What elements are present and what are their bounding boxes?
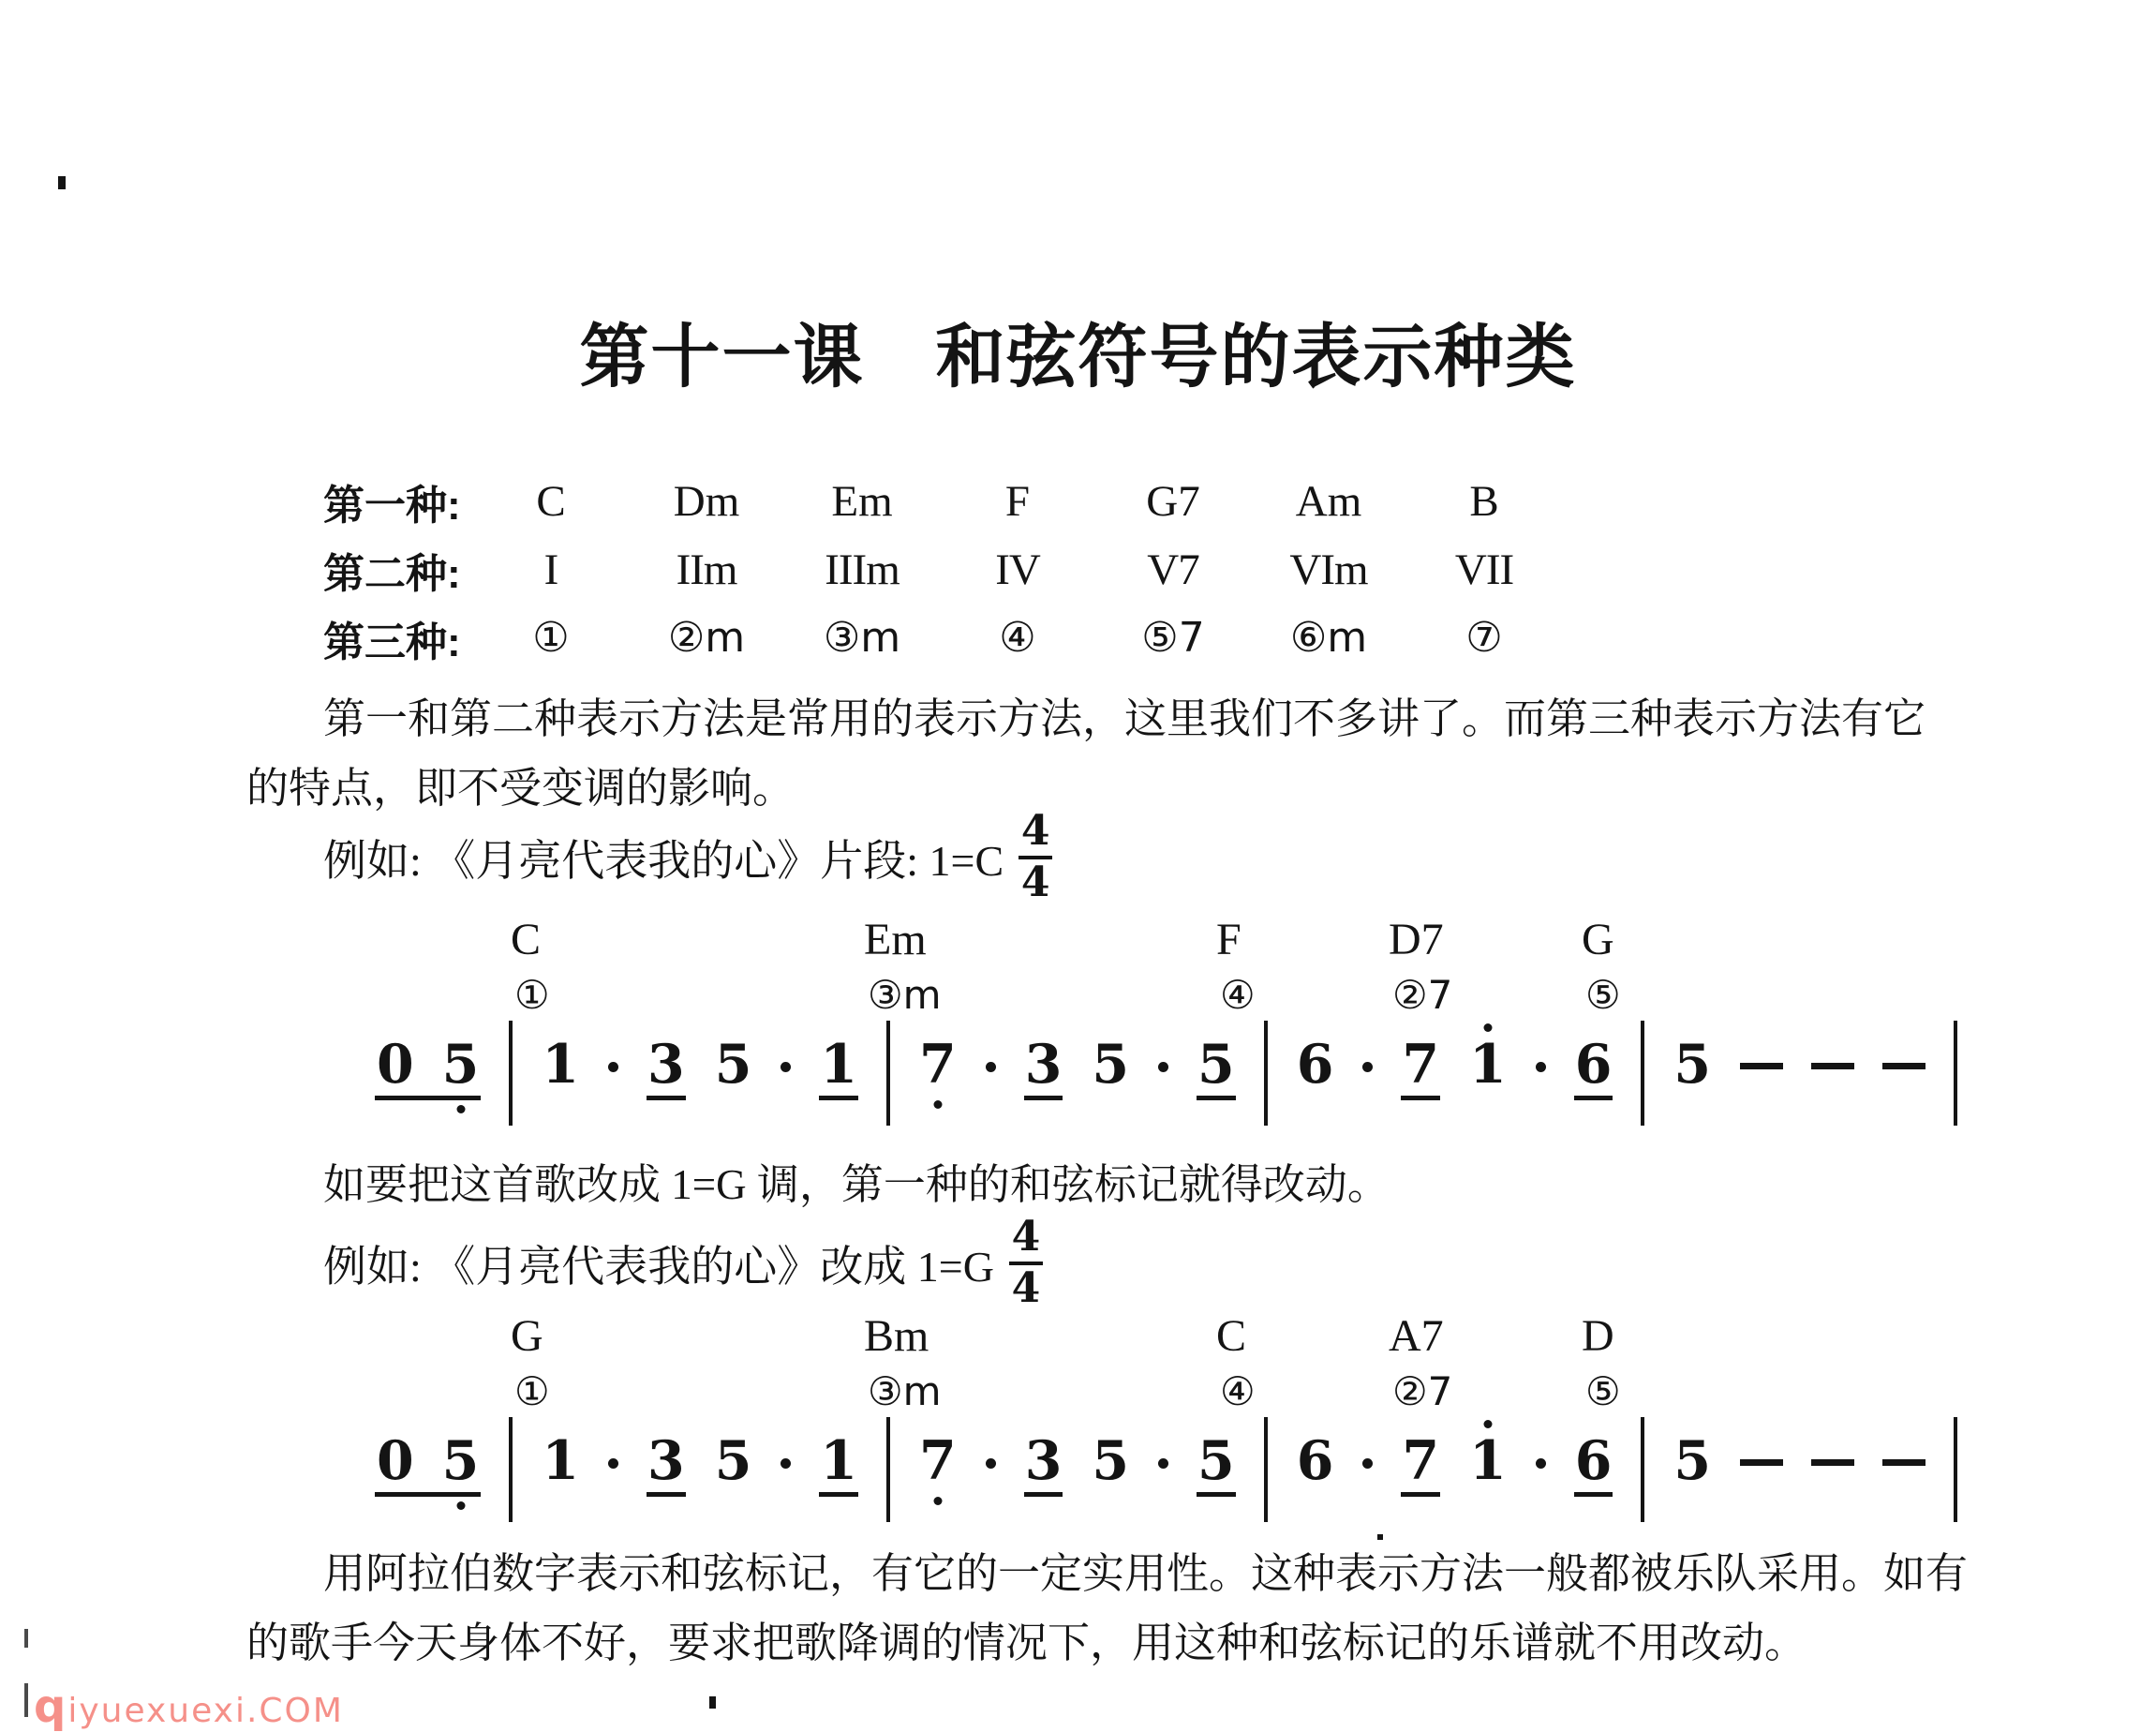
- jianpu-note: 1: [1468, 1038, 1508, 1091]
- jianpu-note: 5: [1673, 1434, 1712, 1487]
- dotted-rhythm-dot: [608, 1458, 618, 1469]
- jianpu-note-digit: 0: [377, 1429, 414, 1492]
- barline: [1264, 1021, 1268, 1126]
- dotted-rhythm-dot: [1536, 1062, 1546, 1072]
- jianpu-note: 5: [714, 1038, 753, 1091]
- chord-symbol: VIm: [1251, 545, 1406, 595]
- dotted-rhythm-dot: [986, 1062, 996, 1072]
- jianpu-note: 0: [377, 1038, 414, 1091]
- chord-name-label: F: [1216, 914, 1242, 965]
- dotted-rhythm-dot: [986, 1458, 996, 1469]
- beamed-note-group: 05: [375, 1434, 481, 1497]
- jianpu-note-digit: 7: [919, 1033, 957, 1096]
- chord-symbol: ⑤7: [1095, 614, 1251, 662]
- jianpu-note: 5: [714, 1434, 753, 1487]
- jianpu-note: 7: [1401, 1434, 1440, 1497]
- jianpu-note: 0: [377, 1434, 414, 1487]
- jianpu-note: 5: [1197, 1038, 1236, 1100]
- chord-degree-label: ②7: [1392, 972, 1452, 1018]
- duration-dash: [1811, 1459, 1854, 1466]
- chord-symbol: Dm: [629, 476, 784, 527]
- chord-type-row: 第二种:IIImIIImIVV7VImVII: [323, 535, 1562, 604]
- barline: [886, 1021, 890, 1126]
- paragraph-line: 如要把这首歌改成 1=G 调，第一种的和弦标记就得改动。: [323, 1159, 1390, 1210]
- jianpu-note-digit: 5: [1092, 1033, 1129, 1096]
- chord-type-row-label: 第三种:: [323, 608, 473, 668]
- jianpu-note-digit: 6: [1297, 1429, 1334, 1492]
- octave-dot-below: [456, 1105, 465, 1113]
- barline: [886, 1417, 890, 1522]
- octave-dot-below: [933, 1497, 942, 1505]
- chord-degree-label: ⑤: [1585, 972, 1621, 1018]
- jianpu-note: 3: [647, 1038, 686, 1100]
- octave-dot-above: [1483, 1023, 1492, 1032]
- time-signature: 4 4: [1009, 1217, 1043, 1310]
- jianpu-note-digit: 3: [1025, 1033, 1063, 1096]
- chord-symbol: F: [940, 476, 1095, 527]
- chord-symbol: IIm: [629, 545, 784, 595]
- chord-degree-label: ③m: [868, 972, 942, 1018]
- chord-type-row: 第一种:CDmEmFG7AmB: [323, 467, 1562, 535]
- dotted-rhythm-dot: [1362, 1458, 1373, 1469]
- scan-artifact: [709, 1696, 716, 1709]
- example1-caption: 例如: 《月亮代表我的心》片段: 1=C 4 4: [323, 811, 1052, 904]
- jianpu-note-digit: 3: [647, 1429, 685, 1492]
- barline: [1954, 1021, 1957, 1126]
- paragraph-line: 的特点，即不受变调的影响。: [246, 763, 795, 814]
- chord-symbol: ①: [473, 614, 629, 662]
- chord-name-label: G: [1582, 914, 1614, 965]
- time-signature-numerator: 4: [1021, 811, 1050, 853]
- jianpu-note: 1: [819, 1038, 858, 1100]
- jianpu-note-digit: 5: [1092, 1429, 1129, 1492]
- site-watermark: qiyuexuexi.COM: [34, 1680, 344, 1732]
- chord-name-label: C: [1216, 1310, 1246, 1362]
- scan-artifact: [58, 176, 66, 189]
- barline: [509, 1021, 513, 1126]
- chord-name-label: Bm: [864, 1310, 929, 1362]
- duration-dash: [1811, 1063, 1854, 1069]
- dotted-rhythm-dot: [1158, 1062, 1168, 1072]
- jianpu-note-digit: 5: [1673, 1033, 1711, 1096]
- jianpu-note: 7: [1401, 1038, 1440, 1100]
- chord-symbol: I: [473, 545, 629, 595]
- chord-symbol: IV: [940, 545, 1095, 595]
- time-signature: 4 4: [1019, 811, 1052, 904]
- dotted-rhythm-dot: [1536, 1458, 1546, 1469]
- jianpu-note-digit: 7: [919, 1429, 957, 1492]
- octave-dot-below: [933, 1100, 942, 1109]
- duration-dash: [1882, 1459, 1926, 1466]
- chord-symbol: Am: [1251, 476, 1406, 527]
- time-signature-denominator: 4: [1021, 862, 1050, 904]
- jianpu-note: 7: [918, 1038, 958, 1091]
- paragraph-line: 用阿拉伯数字表示和弦标记，有它的一定实用性。这种表示方法一般都被乐队采用。如有: [323, 1548, 1968, 1599]
- page-title: 第十一课 和弦符号的表示种类: [580, 302, 1577, 401]
- chord-symbol: ②m: [629, 614, 784, 662]
- chord-symbol: C: [473, 476, 629, 527]
- chord-name-label: C: [511, 914, 541, 965]
- jianpu-note-digit: 5: [442, 1033, 480, 1096]
- jianpu-note: 1: [541, 1038, 580, 1091]
- chord-degree-label: ④: [1220, 972, 1256, 1018]
- dotted-rhythm-dot: [781, 1458, 791, 1469]
- jianpu-note: 5: [442, 1038, 480, 1091]
- example1-caption-text: 例如: 《月亮代表我的心》片段: 1=C: [323, 827, 1004, 888]
- chord-type-row: 第三种:①②m③m④⑤7⑥m⑦: [323, 604, 1562, 672]
- chord-symbol: G7: [1095, 476, 1251, 527]
- chord-type-row-label: 第二种:: [323, 540, 473, 600]
- jianpu-note-digit: 5: [1197, 1429, 1235, 1492]
- chord-name-label: D: [1582, 1310, 1614, 1362]
- jianpu-note-digit: 3: [1025, 1429, 1063, 1492]
- barline: [1264, 1417, 1268, 1522]
- jianpu-note-digit: 5: [442, 1429, 480, 1492]
- octave-dot-above: [1483, 1420, 1492, 1428]
- music-system-key-g: G①Bm③mC④A7②7D⑤051351735567165: [0, 1310, 2156, 1526]
- chord-degree-label: ②7: [1392, 1368, 1452, 1414]
- jianpu-note-digit: 5: [1673, 1429, 1711, 1492]
- duration-dash: [1882, 1063, 1926, 1069]
- jianpu-note: 5: [442, 1434, 480, 1487]
- jianpu-note-digit: 1: [542, 1033, 579, 1096]
- dotted-rhythm-dot: [608, 1062, 618, 1072]
- chord-symbol: ⑦: [1406, 614, 1562, 662]
- jianpu-note: 3: [647, 1434, 686, 1497]
- chord-name-label: D7: [1389, 914, 1444, 965]
- paragraph-line: 的歌手今天身体不好，要求把歌降调的情况下，用这种和弦标记的乐谱就不用改动。: [246, 1618, 1807, 1668]
- jianpu-note-digit: 0: [377, 1033, 414, 1096]
- beamed-note-group: 05: [375, 1038, 481, 1100]
- watermark-initial: q: [34, 1680, 67, 1732]
- jianpu-note-digit: 5: [715, 1429, 752, 1492]
- barline: [509, 1417, 513, 1522]
- chord-symbol: ③m: [784, 614, 940, 662]
- jianpu-note: 3: [1024, 1434, 1063, 1497]
- scan-artifact: [1377, 1534, 1383, 1540]
- watermark-text: iyuexuexi.COM: [67, 1692, 344, 1730]
- scan-artifact: [24, 1629, 28, 1648]
- jianpu-note-digit: 6: [1575, 1429, 1613, 1492]
- jianpu-note: 5: [1091, 1434, 1130, 1487]
- jianpu-note: 5: [1091, 1038, 1130, 1091]
- chord-type-row-label: 第一种:: [323, 471, 473, 531]
- jianpu-note: 5: [1197, 1434, 1236, 1497]
- jianpu-line: 051351735567165: [375, 1038, 1957, 1126]
- duration-dash: [1740, 1063, 1783, 1069]
- chord-name-label: A7: [1389, 1310, 1444, 1362]
- chord-name-label: G: [511, 1310, 543, 1362]
- chord-degree-label: ③m: [868, 1368, 942, 1414]
- jianpu-note-digit: 1: [820, 1033, 857, 1096]
- jianpu-note-digit: 5: [1197, 1033, 1235, 1096]
- jianpu-note-digit: 1: [542, 1429, 579, 1492]
- chord-degree-label: ④: [1220, 1368, 1256, 1414]
- scanned-textbook-page: 第十一课 和弦符号的表示种类 第一种:CDmEmFG7AmB第二种:IIImII…: [0, 0, 2156, 1732]
- jianpu-note: 7: [918, 1434, 958, 1487]
- time-signature-numerator: 4: [1012, 1217, 1041, 1259]
- example2-caption: 例如: 《月亮代表我的心》改成 1=G 4 4: [323, 1217, 1043, 1310]
- barline: [1641, 1021, 1644, 1126]
- jianpu-line: 051351735567165: [375, 1434, 1957, 1522]
- jianpu-note: 6: [1296, 1038, 1335, 1091]
- jianpu-note-digit: 7: [1402, 1429, 1439, 1492]
- octave-dot-below: [456, 1501, 465, 1510]
- jianpu-note-digit: 1: [820, 1429, 857, 1492]
- jianpu-note-digit: 3: [647, 1033, 685, 1096]
- chord-symbol: ④: [940, 614, 1095, 662]
- jianpu-note-digit: 6: [1297, 1033, 1334, 1096]
- music-system-key-c: C①Em③mF④D7②7G⑤051351735567165: [0, 914, 2156, 1129]
- dotted-rhythm-dot: [781, 1062, 791, 1072]
- time-signature-denominator: 4: [1012, 1268, 1041, 1310]
- chord-name-label: Em: [864, 914, 927, 965]
- jianpu-note: 3: [1024, 1038, 1063, 1100]
- chord-symbol: B: [1406, 476, 1562, 527]
- paragraph-line: 第一和第二种表示方法是常用的表示方法，这里我们不多讲了。而第三种表示方法有它: [323, 694, 1926, 744]
- jianpu-note-digit: 7: [1402, 1033, 1439, 1096]
- jianpu-note: 6: [1574, 1038, 1613, 1100]
- chord-degree-label: ①: [514, 972, 550, 1018]
- jianpu-note-digit: 5: [715, 1033, 752, 1096]
- jianpu-note: 1: [541, 1434, 580, 1487]
- chord-degree-label: ⑤: [1585, 1368, 1621, 1414]
- chord-symbol: IIIm: [784, 545, 940, 595]
- dotted-rhythm-dot: [1158, 1458, 1168, 1469]
- chord-degree-label: ①: [514, 1368, 550, 1414]
- scan-artifact: [24, 1683, 28, 1717]
- jianpu-note: 1: [819, 1434, 858, 1497]
- dotted-rhythm-dot: [1362, 1062, 1373, 1072]
- jianpu-note-digit: 6: [1575, 1033, 1613, 1096]
- barline: [1954, 1417, 1957, 1522]
- jianpu-note: 5: [1673, 1038, 1712, 1091]
- chord-symbol: Em: [784, 476, 940, 527]
- jianpu-note: 1: [1468, 1434, 1508, 1487]
- example2-caption-text: 例如: 《月亮代表我的心》改成 1=G: [323, 1232, 994, 1294]
- jianpu-note-digit: 1: [1469, 1033, 1507, 1096]
- duration-dash: [1740, 1459, 1783, 1466]
- chord-symbol: ⑥m: [1251, 614, 1406, 662]
- chord-symbol: V7: [1095, 545, 1251, 595]
- chord-notation-table: 第一种:CDmEmFG7AmB第二种:IIImIIImIVV7VImVII第三种…: [323, 467, 1562, 672]
- jianpu-note-digit: 1: [1469, 1429, 1507, 1492]
- jianpu-note: 6: [1296, 1434, 1335, 1487]
- barline: [1641, 1417, 1644, 1522]
- jianpu-note: 6: [1574, 1434, 1613, 1497]
- chord-symbol: VII: [1406, 545, 1562, 595]
